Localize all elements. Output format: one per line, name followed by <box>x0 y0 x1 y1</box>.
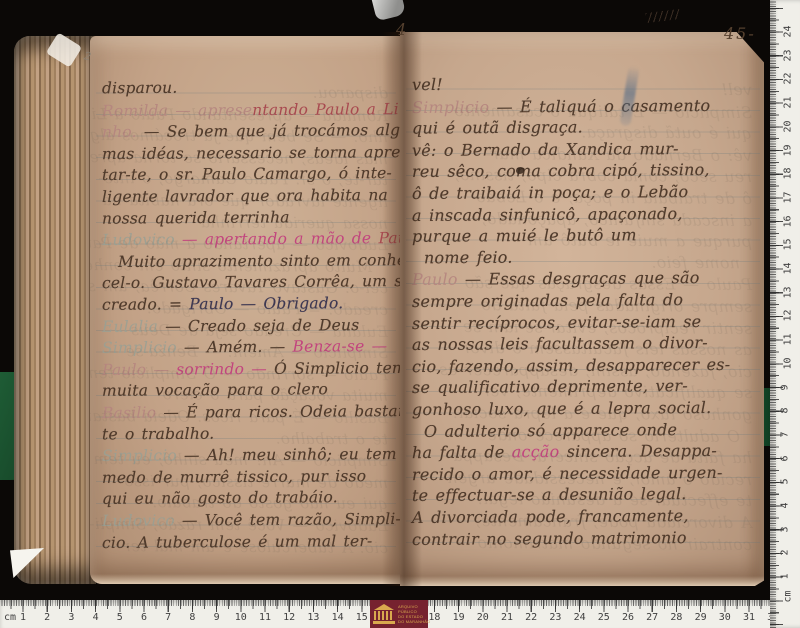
text-segment: Paulo <box>378 229 400 247</box>
manuscript-line: cio. A tuberculose é um mal ter- <box>102 531 373 553</box>
manuscript-line: se qualificativo deprimente, ver- <box>412 376 688 398</box>
ruler-number: 13 <box>307 612 319 623</box>
manuscript-line: creado. = Paulo — Obrigado. <box>102 293 343 315</box>
ruler-number: 8 <box>189 612 195 623</box>
text-segment: Paulo — <box>102 360 176 379</box>
text-segment: cio. A tuberculose é um mal ter- <box>102 532 372 552</box>
book-fore-edge-stack <box>14 36 96 584</box>
manuscript-line: mas idéas, necessario se torna apresen- <box>102 142 400 164</box>
text-segment: nho. <box>102 123 137 141</box>
manuscript-line: vel! <box>412 75 443 95</box>
manuscript-line: Paulo — Essas desgraças que são <box>412 268 700 290</box>
ruler-number: 22 <box>783 73 794 85</box>
text-segment: sempre originadas pela falta do <box>412 290 683 311</box>
manuscript-line: gonhoso luxo, que é a lepra social. <box>412 398 711 420</box>
text-segment: — Amém. — <box>177 338 293 357</box>
right-page-text: vel!Simplicio — É taliquá o casamentoqui… <box>400 32 764 586</box>
text-segment: acção <box>512 442 560 461</box>
text-segment: — Ah! meu sinhô; eu tem <box>177 445 397 465</box>
manuscript-line: purque a muié le butô um <box>412 225 637 247</box>
manuscript-line: qui eu não gosto do trabáio. <box>102 488 338 510</box>
ruler-number: 14 <box>783 262 794 274</box>
text-segment: — É para ricos. Odeia bastan- <box>156 402 400 422</box>
manuscript-line: qui é outã disgraça. <box>412 118 583 139</box>
half-cm-ticks <box>770 0 779 628</box>
text-segment: te effectuar-se a desunião legal. <box>412 484 687 505</box>
text-segment: Simplicio <box>412 97 489 117</box>
manuscript-line: Eulalia — Creado seja de Deus <box>102 315 359 337</box>
ruler-number: 10 <box>783 357 794 369</box>
ruler-number: 24 <box>783 25 794 37</box>
text-segment: cio, fazendo, assim, desapparecer es- <box>412 355 730 376</box>
text-segment: ha falta de <box>412 443 512 463</box>
ruler-number: 18 <box>783 168 794 180</box>
ruler-number: 20 <box>477 612 489 623</box>
ruler-number: 9 <box>214 612 220 623</box>
ruler-number: 1 <box>20 612 26 623</box>
manuscript-line: disparou. <box>102 78 178 99</box>
right-page-number: 45- <box>724 24 756 43</box>
text-segment: Simplicio <box>102 339 177 358</box>
stamp-text: ARQUIVO PÚBLICO DO ESTADO DO MARANHÃO <box>398 604 430 624</box>
text-segment: Eulalia <box>102 317 158 335</box>
left-page-number: 4 <box>396 20 406 39</box>
ruler-number: 3 <box>68 612 74 623</box>
ruler-number: 21 <box>783 97 794 109</box>
ruler-number: 15 <box>783 239 794 251</box>
ruler-number: 13 <box>783 286 794 298</box>
ruler-number: 4 <box>780 502 791 508</box>
text-segment: — Creado seja de Deus <box>158 316 359 335</box>
manuscript-line: sempre originadas pela falta do <box>412 290 683 312</box>
manuscript-line: ô de traibaiá in poça; e o Lebão <box>412 182 688 204</box>
stamp-text-line: DO MARANHÃO <box>398 619 430 624</box>
text-segment: qui é outã disgraça. <box>412 118 583 138</box>
ruler-number: 19 <box>783 144 794 156</box>
text-segment: creado. = <box>102 295 189 314</box>
manuscript-line: nossa querida terrinha <box>102 207 290 228</box>
text-segment: disparou. <box>102 79 178 98</box>
ruler-number: 6 <box>780 455 791 461</box>
text-segment: — Você tem razão, Simpli- <box>175 510 400 530</box>
mm-ticks <box>770 0 776 628</box>
text-segment: apertando a mão de <box>205 229 379 248</box>
text-segment: te o trabalho. <box>102 424 214 443</box>
manuscript-line: Ludovico — apertando a mão de Paulo <box>102 228 400 250</box>
manuscript-line: contrair no segundo matrimonio <box>412 528 687 550</box>
archival-photo-background: disparou.Romilda — apresentando Paulo a … <box>0 0 800 628</box>
text-segment: Ludovico <box>102 512 175 531</box>
text-segment: tar-te, o sr. Paulo Camargo, ó inte- <box>102 164 392 184</box>
text-segment: — É taliquá o casamento <box>489 96 710 117</box>
ruler-number: 7 <box>165 612 171 623</box>
text-segment: ô de traibaiá in poça; e o Lebão <box>412 182 688 203</box>
ruler-number: 5 <box>117 612 123 623</box>
text-segment: O adulterio só apparece onde <box>424 420 677 441</box>
text-segment: reu sêco, coma cobra cipó, tissino, <box>412 160 710 181</box>
manuscript-line: sentir recíprocos, evitar-se-iam se <box>412 312 701 334</box>
ruler-number: 27 <box>646 612 658 623</box>
ruler-number: 24 <box>574 612 586 623</box>
ruler-number: 31 <box>743 612 755 623</box>
ruler-number: 12 <box>783 310 794 322</box>
manuscript-line: nho. — Se bem que já trocámos algu- <box>102 120 400 142</box>
manuscript-line: muita vocação para o clero <box>102 380 328 402</box>
page-bottom-edge <box>400 576 764 586</box>
text-segment: gonhoso luxo, que é a lepra social. <box>412 398 711 419</box>
ruler-number: 8 <box>780 408 791 414</box>
text-segment: vel! <box>412 75 443 94</box>
ruler-number: 9 <box>780 384 791 390</box>
text-segment: — <box>175 231 205 249</box>
text-segment: A divorciada pode, francamente, <box>412 506 689 527</box>
right-page: vel!Simplicio — É taliquá o casamentoqui… <box>400 32 764 586</box>
ruler-number: 22 <box>525 612 537 623</box>
ruler-number: 20 <box>783 120 794 132</box>
archive-building-icon <box>373 604 395 624</box>
ruler-unit-label: cm <box>4 612 16 623</box>
manuscript-line: te o trabalho. <box>102 423 214 444</box>
right-cm-ruler: cm 2423222120191817161514131211109876543… <box>770 0 800 628</box>
ruler-number: 29 <box>695 612 707 623</box>
text-segment: Ludovico <box>102 231 175 250</box>
ruler-number: 3 <box>780 526 791 532</box>
text-segment: sincera. Desappa- <box>559 441 717 461</box>
text-segment: Muito aprazimento sinto em conhe- <box>118 251 400 271</box>
ruler-number: 4 <box>93 612 99 623</box>
ruler-number: 30 <box>719 612 731 623</box>
ruler-number: 23 <box>549 612 561 623</box>
ruler-number: 25 <box>598 612 610 623</box>
text-segment: Simplicio <box>102 447 177 466</box>
manuscript-line: tar-te, o sr. Paulo Camargo, ó inte- <box>102 163 392 185</box>
manuscript-line: a inscada sinfunicô, apaçonado, <box>412 204 683 226</box>
ruler-number: 28 <box>670 612 682 623</box>
ruler-number: 7 <box>780 431 791 437</box>
clip-object <box>372 0 406 21</box>
ruler-number: 2 <box>780 550 791 556</box>
ruler-number: 23 <box>783 49 794 61</box>
text-segment: sorrindo — <box>176 360 274 379</box>
manuscript-line: Basilio — É para ricos. Odeia bastan- <box>102 401 400 423</box>
ruler-number: 5 <box>780 479 791 485</box>
manuscript-line: nome feio. <box>424 247 513 268</box>
ruler-unit-label: cm <box>783 590 794 602</box>
manuscript-line: A divorciada pode, francamente, <box>412 506 689 528</box>
manuscript-line: Romilda — apresentando Paulo a Lindoi- <box>102 98 400 120</box>
left-page-text: disparou.Romilda — apresentando Paulo a … <box>90 36 400 584</box>
manuscript-line: vê: o Bernado da Xandica mur- <box>412 139 679 161</box>
left-page: disparou.Romilda — apresentando Paulo a … <box>90 36 400 584</box>
ruler-number: 21 <box>501 612 513 623</box>
ruler-number: 11 <box>783 334 794 346</box>
manuscript-line: cio, fazendo, assim, desapparecer es- <box>412 355 730 377</box>
manuscript-line: ligente lavrador que ora habita na <box>102 185 388 207</box>
text-segment: Paulo <box>412 270 458 289</box>
manuscript-line: ha falta de acção sincera. Desappa- <box>412 441 717 463</box>
text-segment: purque a muié le butô um <box>412 225 637 246</box>
ruler-number: 12 <box>283 612 295 623</box>
text-segment: se qualificativo deprimente, ver- <box>412 376 688 397</box>
ruler-number: 19 <box>453 612 465 623</box>
ruler-number: 16 <box>783 215 794 227</box>
cm-ticks <box>770 0 783 628</box>
text-segment: Paulo — Obrigado. <box>189 294 343 313</box>
text-segment: nome feio. <box>424 247 513 267</box>
text-segment: medo de murrê tissico, pur isso <box>102 467 366 487</box>
text-segment: contrair no segundo matrimonio <box>412 528 687 549</box>
ruler-number: 17 <box>783 191 794 203</box>
pen-hatch-marks <box>646 9 681 23</box>
manuscript-line: te effectuar-se a desunião legal. <box>412 484 687 506</box>
manuscript-line: Simplicio — É taliquá o casamento <box>412 96 710 118</box>
text-segment: Basilio <box>102 404 156 422</box>
text-segment: Ó Simplicio tem <box>274 359 400 378</box>
manuscript-line: recido o amor, é necessidade urgen- <box>412 463 723 485</box>
text-segment: — Se bem que já trocámos algu- <box>137 121 400 141</box>
manuscript-line: Simplicio — Ah! meu sinhô; eu tem <box>102 444 397 466</box>
text-segment: a inscada sinfunicô, apaçonado, <box>412 204 683 225</box>
manuscript-line: as nossas leis facultassem o divor- <box>412 333 708 355</box>
text-segment: ntando Paulo a Lindoi- <box>252 99 400 118</box>
ruler-number: 10 <box>235 612 247 623</box>
ruler-number: 26 <box>622 612 634 623</box>
text-segment: cel-o. Gustavo Tavares Corrêa, um seu <box>102 272 400 292</box>
text-segment: qui eu não gosto do trabáio. <box>102 489 338 509</box>
text-segment: vê: o Bernado da Xandica mur- <box>412 139 679 160</box>
manuscript-line: reu sêco, coma cobra cipó, tissino, <box>412 160 710 182</box>
ruler-number: 11 <box>259 612 271 623</box>
ruler-number: 2 <box>44 612 50 623</box>
manuscript-line: Paulo — sorrindo — Ó Simplicio tem <box>102 358 400 380</box>
text-segment: sentir recíprocos, evitar-se-iam se <box>412 312 701 333</box>
manuscript-line: Muito aprazimento sinto em conhe- <box>118 250 400 272</box>
manuscript-line: cel-o. Gustavo Tavares Corrêa, um seu <box>102 271 400 293</box>
text-segment: Benza-se — <box>292 337 387 356</box>
ruler-number: 1 <box>780 574 791 580</box>
text-segment: Romilda — aprese <box>102 101 252 120</box>
manuscript-line: Simplicio — Amém. — Benza-se — <box>102 336 387 358</box>
ruler-number: 6 <box>141 612 147 623</box>
manuscript-line: Ludovico — Você tem razão, Simpli- <box>102 509 400 531</box>
text-segment: ligente lavrador que ora habita na <box>102 186 388 206</box>
text-segment: mas idéas, necessario se torna apresen- <box>102 143 400 163</box>
ruler-number: 15 <box>356 612 368 623</box>
text-segment: — Essas desgraças que são <box>458 268 700 289</box>
page-bottom-edge <box>90 574 400 584</box>
ruler-number: 14 <box>332 612 344 623</box>
text-segment: recido o amor, é necessidade urgen- <box>412 463 723 484</box>
archive-stamp: ARQUIVO PÚBLICO DO ESTADO DO MARANHÃO <box>370 600 428 628</box>
manuscript-line: medo de murrê tissico, pur isso <box>102 466 366 488</box>
manuscript-line: O adulterio só apparece onde <box>424 420 677 442</box>
text-segment: muita vocação para o clero <box>102 381 328 401</box>
text-segment: nossa querida terrinha <box>102 208 290 227</box>
text-segment: as nossas leis facultassem o divor- <box>412 333 708 354</box>
